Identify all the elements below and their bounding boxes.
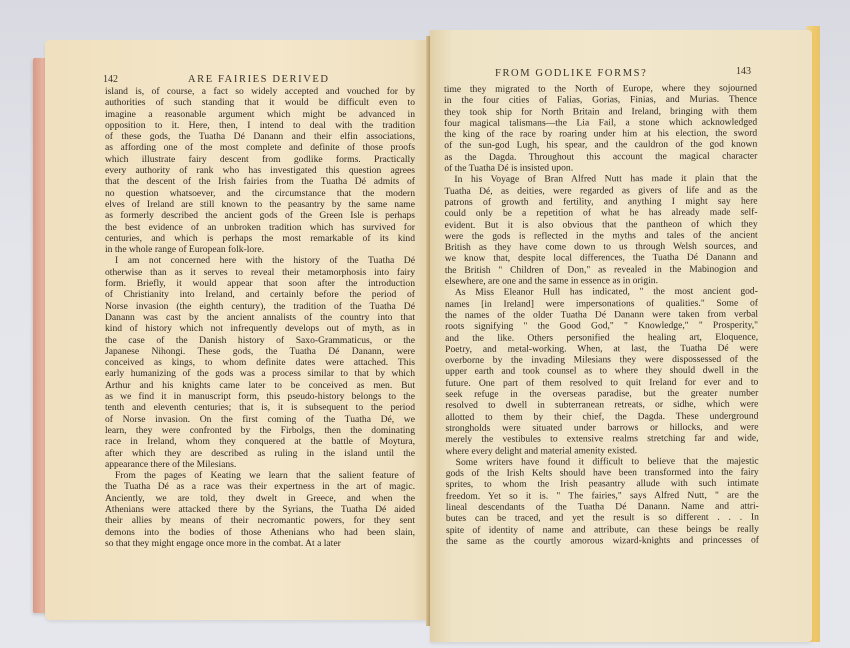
text-line: after which they are described as ruling… [105,448,415,459]
text-line: Athenians were attacked there by the Syr… [105,504,415,515]
text-line: Norse invasion (the eighth century), the… [105,301,415,312]
text-line: tenth and eleventh centuries; that is, i… [105,402,415,413]
text-line: early humanizing of the gods was a proce… [105,368,415,379]
text-line: elves of Ireland are still known to the … [105,199,415,210]
text-line: the Tuatha Dé as a race was their expert… [105,481,415,492]
text-line: in the whole range of European folk-lore… [105,244,415,255]
text-line: that the descent of the Irish fairies fr… [105,176,415,187]
right-running-head: FROM GODLIKE FORMS? [495,68,647,79]
text-line: From the pages of Keating we learn that … [105,470,415,481]
text-line: their allies by means of their necromant… [105,515,415,526]
text-line: I am not concerned here with the history… [105,255,415,266]
text-line: the British " Children of Don," as revea… [445,263,758,276]
text-line: butes can be traced, and yet the result … [446,512,759,525]
left-running-head: ARE FAIRIES DERIVED [188,74,330,85]
right-page: FROM GODLIKE FORMS? 143 time they migrat… [430,30,812,642]
text-line: as formerly described the ancient gods o… [105,210,415,221]
left-page-number: 142 [103,74,118,85]
text-line: of these gods, the Tuatha Dé Danann and … [105,131,415,142]
text-line: resolved to dwell in subterranean retrea… [445,399,758,412]
text-line: learn, they were confronted by the Firbo… [105,425,415,436]
text-line: as affording one of the most complete an… [105,142,415,153]
text-line: no question whatsoever, and the circumst… [105,188,415,199]
text-line: race in Ireland, whom they conquered at … [105,436,415,447]
text-line: imagine a reasonable argument which migh… [105,109,415,120]
text-line: In his Voyage of Bran Alfred Nutt has ma… [444,173,757,186]
text-line: the case of the Danish history of Saxo-G… [105,335,415,346]
text-line: which illustrate fairy descent from godl… [105,154,415,165]
left-page-body: island is, of course, a fact so widely a… [105,86,415,549]
text-line: upper earth and took counsel as to where… [445,365,758,378]
text-line: Danann was cast by the ancient annalists… [105,312,415,323]
text-line: merely the vestibules to extensive realm… [446,433,759,446]
text-line: Anciently, we are told, they dwelt in Gr… [105,493,415,504]
text-line: roots signifying " the Good God," " Know… [445,320,758,333]
text-line: the best evidence of an unbroken traditi… [105,222,415,233]
text-line: appearance there of the Milesians. [105,459,415,470]
left-page: 142 ARE FAIRIES DERIVED island is, of co… [45,40,430,620]
text-line: conceived as kings, to whom definite dat… [105,357,415,368]
text-line: demons into the bodies of those Athenian… [105,527,415,538]
text-line: as the Dagda. Throughout this account th… [444,150,757,163]
text-line: of Norse invasion. On the first coming o… [105,414,415,425]
text-line: opposition to it. Here, then, I intend t… [105,120,415,131]
text-line: otherwise than as it serves to reveal th… [105,267,415,278]
text-line: centuries, and which is perhaps the most… [105,233,415,244]
text-line: island is, of course, a fact so widely a… [105,86,415,97]
text-line: sprites, to whom the Irish peasantry all… [446,478,759,491]
text-line: form. Briefly, it would appear that soon… [105,278,415,289]
text-line: kind of history which not infrequently d… [105,323,415,334]
text-line: Arthur and his knights came later to be … [105,380,415,391]
text-line: of Christianity into Ireland, and certai… [105,289,415,300]
text-line: every authority of rank who has investig… [105,165,415,176]
text-line: Japanese Nihongi. These gods, the Tuatha… [105,346,415,357]
right-page-body: time they migrated to the North of Europ… [444,83,759,548]
text-line: authorities of such standing that it wou… [105,97,415,108]
right-page-number: 143 [736,66,751,77]
text-line: so that they might engage once more in t… [105,538,415,549]
text-line: the same as the courtly amorous wizard-k… [446,535,759,548]
text-line: as we find it in manuscript form, this p… [105,391,415,402]
text-line: could only be a repetition of what he ha… [445,207,758,220]
text-line: in the four cities of Falias, Gorias, Fi… [444,94,757,107]
text-line: As Miss Eleanor Hull has indicated, " th… [445,286,758,299]
